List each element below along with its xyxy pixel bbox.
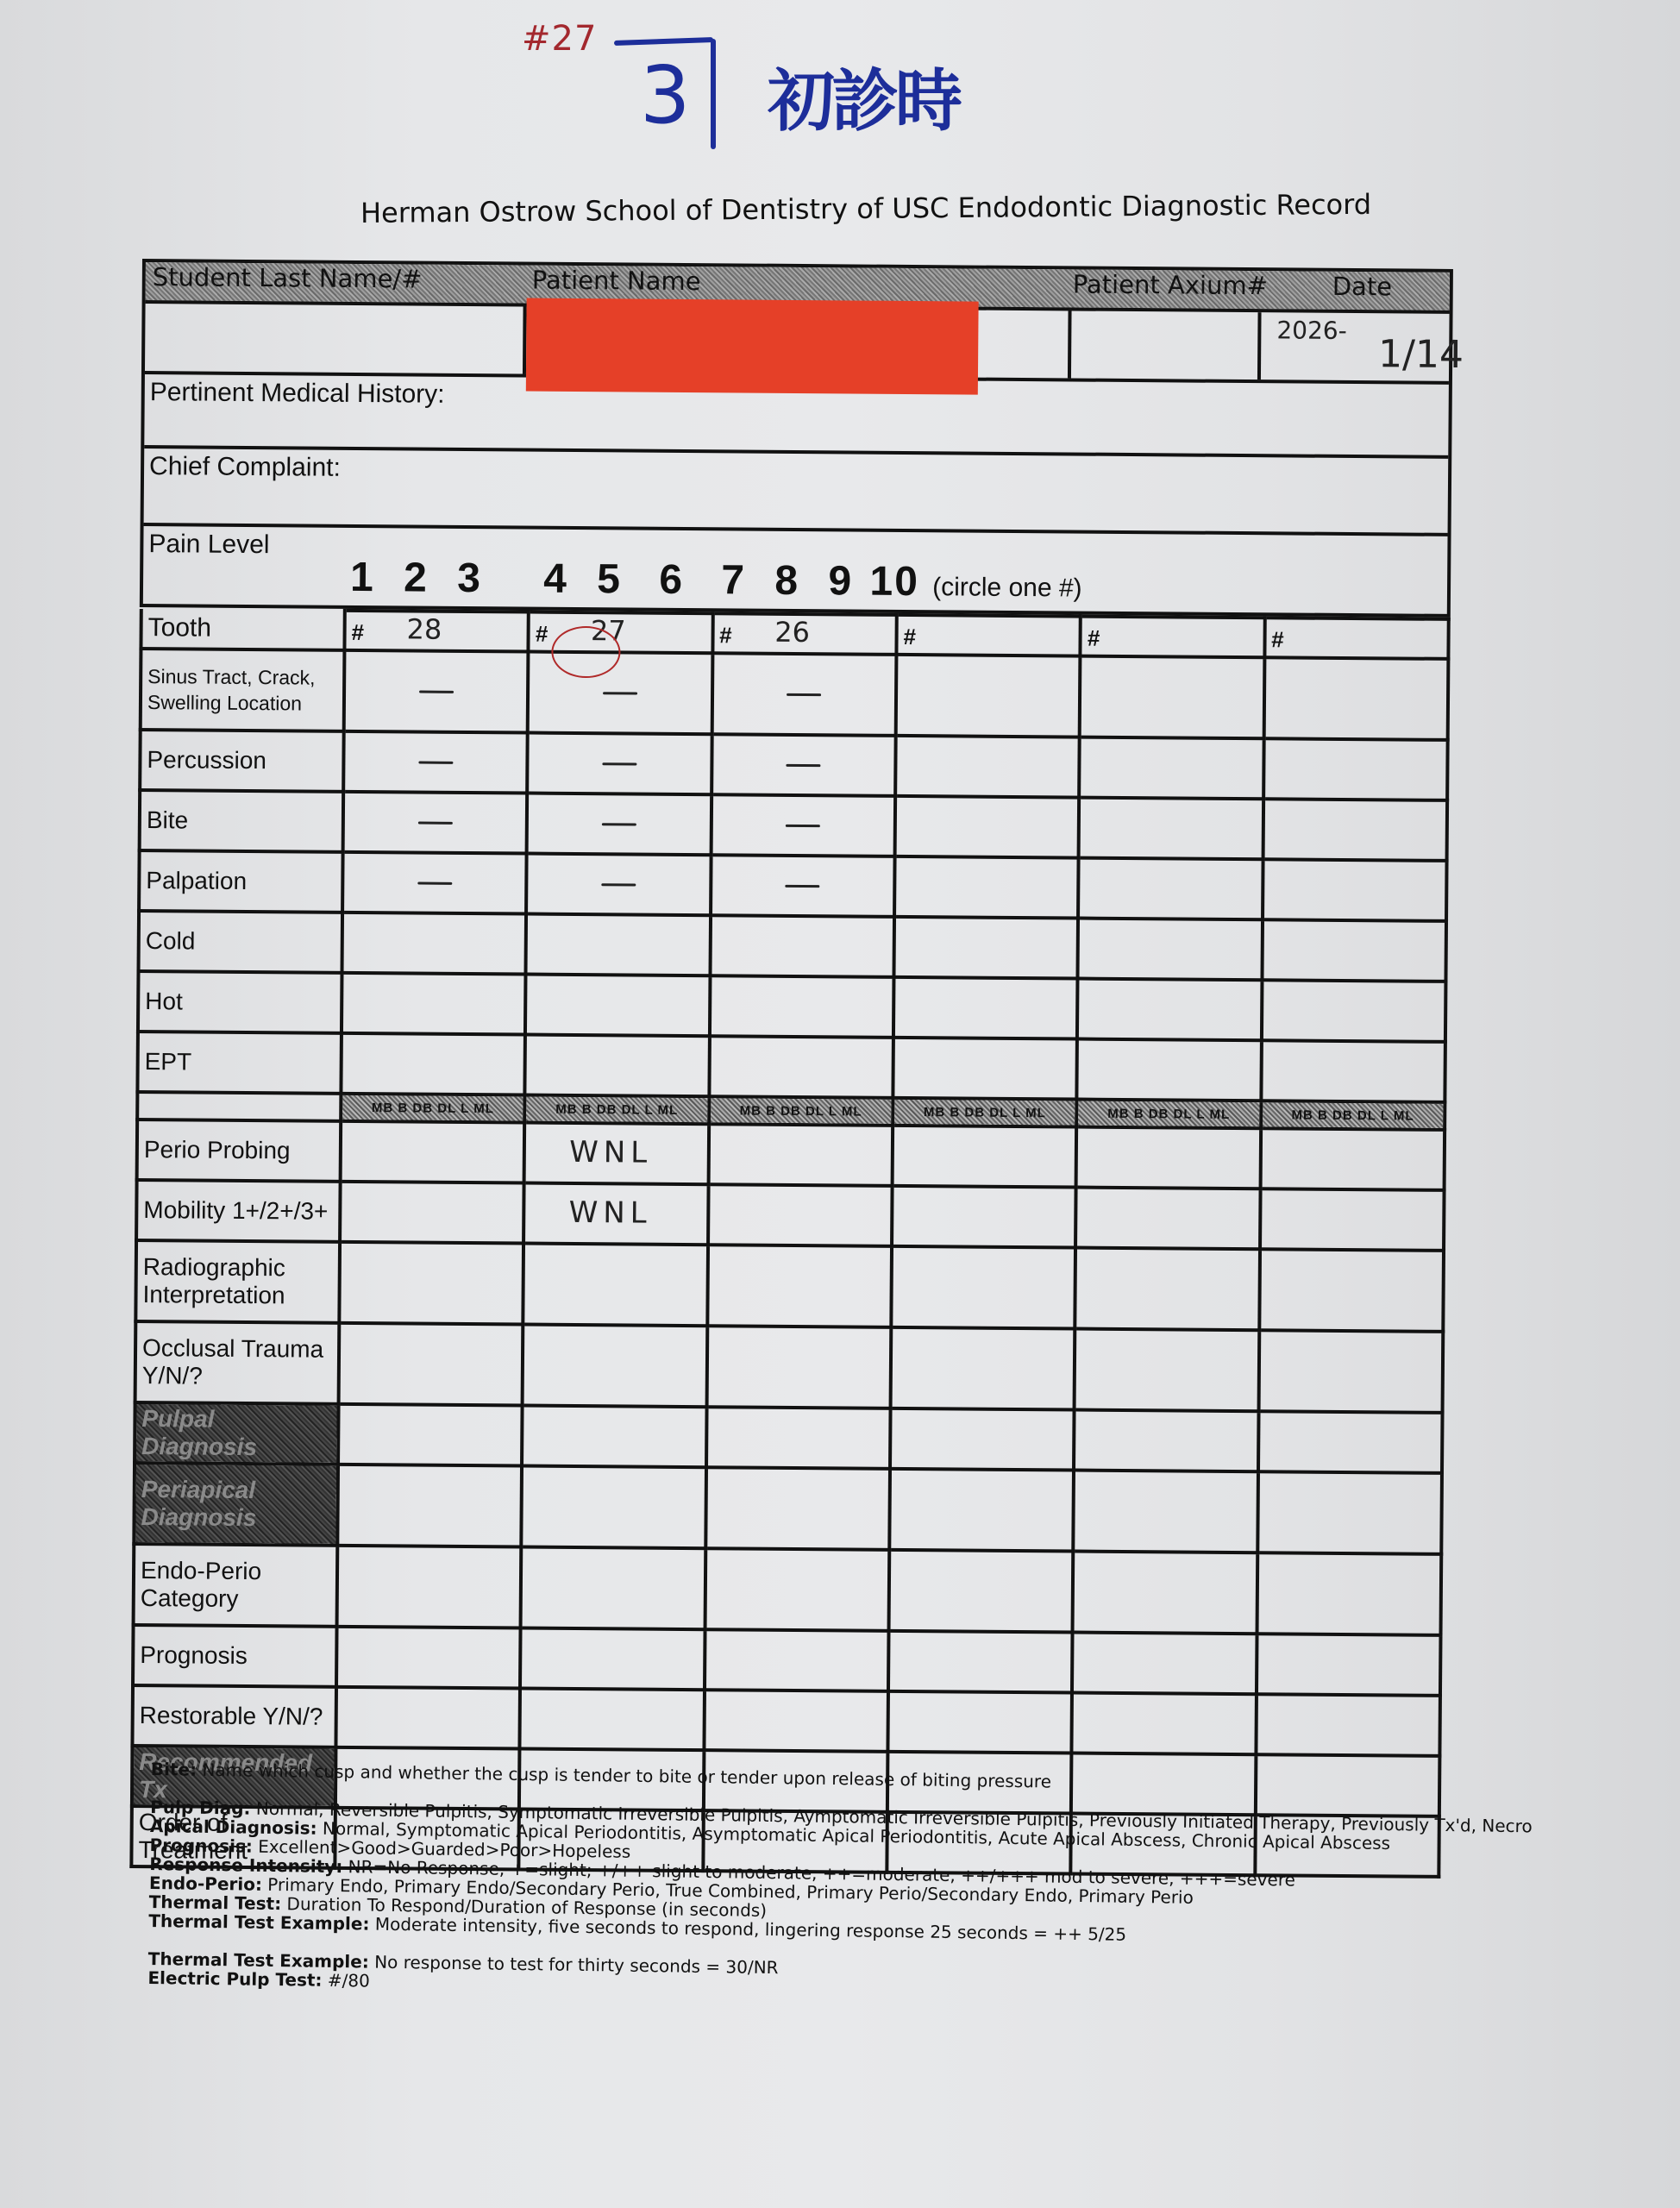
entry-cell[interactable] — [344, 650, 529, 733]
dash-mark — [602, 823, 636, 825]
entry-cell[interactable] — [525, 975, 710, 1037]
row-label: Restorable Y/N/? — [132, 1685, 336, 1747]
table-row: Sinus Tract, Crack, Swelling Location — [141, 649, 1449, 740]
entry-cell[interactable] — [341, 1033, 525, 1095]
tooth-number-cell[interactable]: # — [896, 615, 1081, 656]
entry-cell[interactable] — [342, 913, 527, 975]
diagnostic-table: Tooth#28#27#26###Sinus Tract, Crack, Swe… — [129, 607, 1450, 1879]
entry-cell[interactable] — [1079, 737, 1263, 800]
surfaces-header: MB B DB DL L ML — [524, 1095, 709, 1125]
row-label: Prognosis — [133, 1625, 337, 1687]
axium-label: Patient Axium# — [1073, 269, 1268, 300]
entry-cell[interactable] — [711, 855, 895, 917]
dash-mark — [419, 690, 454, 693]
entry-cell[interactable] — [520, 1688, 705, 1750]
legend-notes: Bite: Name which cusp and whether the cu… — [147, 1759, 1479, 2005]
entry-cell[interactable] — [1263, 738, 1448, 800]
hash-symbol: # — [536, 621, 549, 648]
date-label: Date — [1332, 272, 1393, 302]
entry-cell[interactable] — [706, 1407, 891, 1469]
row-label: Tooth — [141, 609, 344, 650]
entry-cell[interactable] — [341, 1121, 525, 1183]
surfaces-header: MB B DB DL L ML — [709, 1096, 893, 1126]
pain-note: (circle one #) — [932, 573, 1082, 603]
table-row: Percussion — [140, 730, 1448, 800]
entry-cell[interactable] — [705, 1548, 889, 1631]
entry-cell[interactable] — [342, 973, 526, 1035]
entry-cell[interactable] — [1263, 859, 1447, 921]
entry-cell[interactable]: WNL — [523, 1183, 708, 1245]
entry-cell[interactable] — [887, 1691, 1072, 1753]
pain-scale: 1 2 3 4 5 6 7 8 9 10 (circle one #) — [350, 554, 1082, 607]
diagnostic-form: Student Last Name/# Patient Name Patient… — [129, 259, 1453, 1879]
tooth-number-cell[interactable]: # — [1081, 617, 1265, 658]
entry-cell[interactable] — [1075, 1188, 1260, 1250]
dash-mark — [603, 692, 637, 694]
pain-option[interactable]: 9 — [828, 557, 853, 605]
chief-complaint-field[interactable]: Chief Complaint: — [144, 448, 1449, 536]
date-value: 2026-1/14 — [1276, 316, 1347, 345]
handwritten-entry: WNL — [569, 1135, 652, 1170]
hash-symbol: # — [351, 619, 364, 646]
table-row: EPT — [137, 1032, 1445, 1102]
entry-cell[interactable] — [520, 1628, 705, 1690]
entry-cell[interactable] — [892, 1186, 1076, 1248]
entry-cell[interactable] — [337, 1546, 522, 1628]
dash-mark — [602, 762, 636, 765]
surfaces-header: MB B DB DL L ML — [893, 1098, 1077, 1127]
tooth-number-cell[interactable]: # — [1264, 618, 1449, 659]
axium-field[interactable] — [1071, 310, 1262, 379]
entry-cell[interactable] — [1077, 1039, 1262, 1101]
entry-cell[interactable] — [1073, 1552, 1257, 1634]
table-row: Endo-Perio Category — [134, 1544, 1442, 1635]
hash-symbol: # — [1271, 626, 1284, 653]
table-row: Mobility 1+/2+/3+WNL — [136, 1180, 1445, 1251]
row-label: Radiographic Interpretation — [135, 1240, 340, 1323]
row-label: Occlusal Trauma Y/N/? — [135, 1321, 340, 1404]
tooth-number: 26 — [774, 616, 810, 649]
entry-cell[interactable] — [1256, 1694, 1440, 1756]
entry-cell[interactable] — [1257, 1471, 1442, 1554]
handwritten-number: 3 — [614, 39, 718, 151]
entry-cell[interactable] — [711, 653, 896, 736]
entry-cell[interactable] — [526, 914, 711, 976]
entry-cell[interactable] — [522, 1406, 706, 1468]
table-row: Restorable Y/N/? — [132, 1685, 1440, 1756]
entry-cell[interactable] — [895, 736, 1080, 798]
medical-history-label: Pertinent Medical History: — [150, 378, 445, 409]
entry-cell[interactable] — [893, 1038, 1077, 1100]
entry-cell[interactable] — [1261, 1040, 1445, 1102]
pain-option[interactable]: 10 — [869, 558, 919, 605]
entry-cell[interactable] — [343, 792, 528, 854]
row-label: Palpation — [139, 850, 343, 913]
entry-cell[interactable]: WNL — [524, 1123, 709, 1185]
pain-option[interactable]: 3 — [457, 555, 482, 602]
legend-text: #/80 — [322, 1970, 370, 1992]
entry-cell[interactable] — [342, 852, 527, 914]
dash-mark — [417, 881, 452, 884]
row-label: Perio Probing — [137, 1120, 342, 1182]
table-row: Cold — [139, 911, 1447, 982]
entry-cell[interactable] — [893, 917, 1078, 979]
row-label: Percussion — [140, 730, 344, 792]
entry-cell[interactable] — [889, 1550, 1074, 1633]
entry-cell[interactable] — [522, 1466, 706, 1549]
table-row: Pulpal Diagnosis — [135, 1402, 1443, 1473]
dash-mark — [418, 761, 453, 763]
row-label — [137, 1092, 341, 1121]
student-label: Student Last Name/# — [153, 262, 423, 293]
tooth-number-cell[interactable]: #28 — [344, 611, 529, 652]
entry-cell[interactable] — [895, 796, 1080, 858]
entry-cell[interactable] — [523, 1244, 708, 1327]
table-row: Palpation — [139, 850, 1447, 921]
entry-cell[interactable] — [1262, 980, 1446, 1042]
entry-cell[interactable] — [1080, 656, 1264, 739]
pain-option[interactable]: 5 — [597, 555, 622, 603]
handwritten-annotation: 初診時 — [768, 47, 959, 144]
pain-option[interactable]: 8 — [774, 557, 799, 605]
circled-tooth-mark — [551, 626, 620, 679]
row-label: Pulpal Diagnosis — [135, 1402, 339, 1465]
handwritten-entry: WNL — [569, 1195, 652, 1231]
entry-cell[interactable] — [1074, 1471, 1258, 1553]
surfaces-header: MB B DB DL L ML — [341, 1094, 525, 1123]
dash-mark — [418, 821, 453, 824]
entry-cell[interactable] — [1262, 919, 1446, 982]
pain-option[interactable]: 1 — [350, 554, 375, 601]
entry-cell[interactable] — [711, 794, 895, 856]
surfaces-header: MB B DB DL L ML — [1261, 1101, 1445, 1130]
row-label: Cold — [139, 911, 343, 973]
hash-symbol: # — [903, 624, 916, 650]
entry-cell[interactable] — [1257, 1634, 1441, 1696]
entry-cell[interactable] — [710, 915, 894, 977]
pain-option[interactable]: 6 — [659, 556, 684, 604]
entry-cell[interactable] — [1260, 1189, 1445, 1251]
entry-cell[interactable] — [526, 854, 711, 916]
dash-mark — [786, 884, 820, 887]
entry-cell[interactable] — [1075, 1248, 1260, 1331]
entry-cell[interactable] — [1257, 1552, 1441, 1635]
entry-cell[interactable] — [704, 1690, 888, 1752]
entry-cell[interactable] — [1075, 1329, 1259, 1412]
handwritten-stroke — [711, 39, 716, 149]
entry-cell[interactable] — [339, 1242, 523, 1325]
table-row: Radiographic Interpretation — [135, 1240, 1444, 1332]
row-label: Mobility 1+/2+/3+ — [136, 1180, 341, 1242]
table-row: Bite — [140, 790, 1448, 861]
entry-cell[interactable] — [893, 1126, 1077, 1188]
entry-cell[interactable] — [340, 1182, 524, 1244]
chief-complaint-label: Chief Complaint: — [149, 452, 341, 482]
dash-mark — [786, 824, 820, 826]
row-label: Hot — [138, 971, 342, 1033]
entry-cell[interactable] — [527, 793, 711, 856]
entry-cell[interactable] — [338, 1404, 523, 1466]
entry-cell[interactable] — [1078, 919, 1263, 981]
patient-label: Patient Name — [532, 266, 701, 297]
entry-cell[interactable] — [336, 1627, 521, 1689]
row-label: Sinus Tract, Crack, Swelling Location — [141, 649, 345, 731]
entry-cell[interactable] — [343, 731, 528, 793]
legend-key: Electric Pulp Test: — [147, 1967, 322, 1991]
table-row: Prognosis — [133, 1625, 1441, 1696]
entry-cell[interactable] — [708, 1184, 893, 1246]
entry-cell[interactable] — [1079, 798, 1263, 860]
hash-symbol: # — [719, 622, 732, 649]
legend-key: Bite: — [151, 1759, 197, 1780]
patient-name-redaction — [526, 298, 979, 395]
entry-cell[interactable] — [894, 856, 1079, 919]
dash-mark — [601, 883, 636, 886]
entry-cell[interactable] — [711, 734, 896, 796]
entry-cell[interactable] — [708, 1124, 893, 1186]
entry-cell[interactable] — [710, 975, 894, 1038]
entry-cell[interactable] — [1258, 1330, 1443, 1413]
entry-cell[interactable] — [891, 1327, 1075, 1410]
entry-cell[interactable] — [1263, 657, 1448, 740]
pain-option[interactable]: 4 — [543, 555, 568, 603]
student-field[interactable] — [145, 304, 527, 373]
entry-cell[interactable] — [889, 1469, 1074, 1552]
row-label: Endo-Perio Category — [134, 1544, 338, 1627]
tooth-number-cell[interactable]: #26 — [712, 613, 897, 655]
legend-key: Thermal Test Example: — [148, 1910, 369, 1935]
entry-cell[interactable] — [1074, 1410, 1258, 1472]
table-row: Periapical Diagnosis — [134, 1463, 1442, 1554]
table-row: Hot — [138, 971, 1446, 1042]
row-label: Bite — [140, 790, 344, 852]
pain-option[interactable]: 7 — [721, 556, 746, 604]
entry-cell[interactable] — [521, 1546, 705, 1629]
row-label: Periapical Diagnosis — [134, 1463, 338, 1546]
hash-symbol: # — [1088, 625, 1100, 652]
handwritten-digit: 3 — [640, 56, 691, 135]
entry-cell[interactable] — [707, 1245, 892, 1327]
pain-level-section: Pain Level 1 2 3 4 5 6 7 8 9 10 (circle … — [143, 526, 1448, 614]
handwritten-tooth-tag: #27 — [522, 19, 597, 59]
entry-cell[interactable] — [890, 1408, 1075, 1471]
tooth-number: 28 — [406, 612, 442, 645]
table-row: Occlusal Trauma Y/N/? — [135, 1321, 1444, 1413]
pain-level-label: Pain Level — [148, 530, 269, 559]
entry-cell[interactable] — [705, 1629, 889, 1691]
entry-cell[interactable] — [523, 1325, 707, 1408]
entry-cell[interactable] — [1078, 858, 1263, 920]
entry-cell[interactable] — [1072, 1633, 1257, 1695]
entry-cell[interactable] — [525, 1035, 710, 1097]
surfaces-header: MB B DB DL L ML — [1076, 1100, 1261, 1129]
entry-cell[interactable] — [896, 655, 1081, 737]
date-field[interactable]: 2026-1/14 — [1261, 312, 1450, 381]
entry-cell[interactable] — [893, 977, 1078, 1039]
entry-cell[interactable] — [1072, 1693, 1257, 1755]
dash-mark — [787, 763, 821, 766]
entry-cell[interactable] — [1077, 979, 1262, 1041]
pain-option[interactable]: 2 — [404, 554, 429, 601]
entry-cell[interactable] — [335, 1687, 520, 1749]
entry-cell[interactable] — [1076, 1127, 1261, 1189]
entry-cell[interactable] — [888, 1631, 1073, 1693]
table-row: Perio ProbingWNL — [137, 1120, 1445, 1190]
entry-cell[interactable] — [1258, 1411, 1443, 1473]
entry-cell[interactable] — [337, 1465, 522, 1547]
entry-cell[interactable] — [705, 1467, 890, 1550]
entry-cell[interactable] — [339, 1323, 523, 1406]
entry-cell[interactable] — [1260, 1128, 1445, 1190]
entry-cell[interactable] — [1263, 799, 1447, 861]
entry-cell[interactable] — [1259, 1249, 1444, 1332]
entry-cell[interactable] — [527, 733, 711, 795]
entry-cell[interactable] — [891, 1246, 1075, 1329]
dash-mark — [787, 693, 821, 695]
handwritten-stroke — [614, 37, 713, 46]
entry-cell[interactable] — [706, 1326, 891, 1408]
entry-cell[interactable] — [709, 1036, 893, 1098]
row-label: EPT — [137, 1032, 342, 1094]
form-title: Herman Ostrow School of Dentistry of USC… — [360, 188, 1371, 229]
